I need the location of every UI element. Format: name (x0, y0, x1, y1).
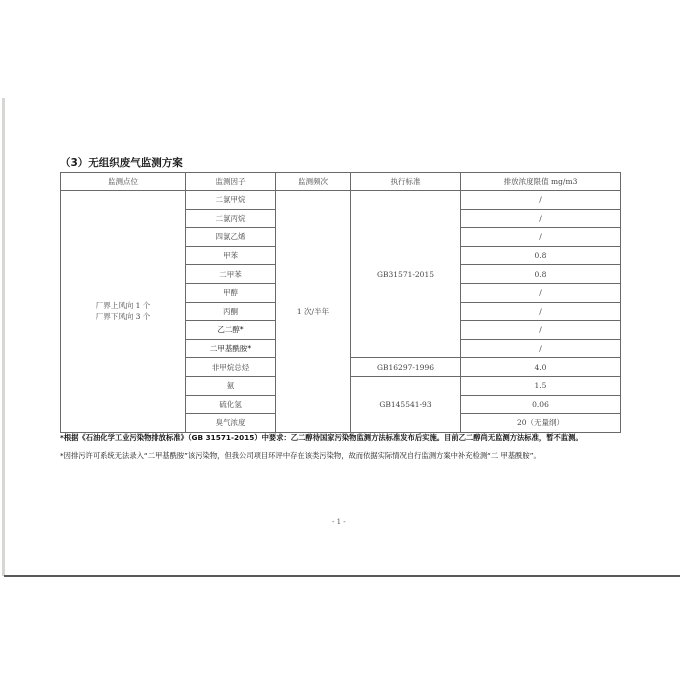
emission-limit: 4.0 (461, 358, 621, 377)
header-monitoring-factor: 监测因子 (186, 173, 276, 191)
monitoring-factor: 甲苯 (186, 246, 276, 265)
emission-limit: 0.8 (461, 246, 621, 265)
table-row: 厂界上风向 1 个厂界下风向 3 个二氯甲烷1 次/半年GB31571-2015… (61, 191, 621, 210)
emission-limit: 0.8 (461, 265, 621, 284)
monitoring-factor: 二氯丙烷 (186, 209, 276, 228)
monitoring-factor: 乙二醇* (186, 321, 276, 340)
monitoring-factor: 二氯甲烷 (186, 191, 276, 210)
header-emission-limit: 排放浓度限值 mg/m3 (461, 173, 621, 191)
monitoring-factor: 丙酮 (186, 302, 276, 321)
monitoring-point: 厂界上风向 1 个 (61, 300, 185, 311)
monitoring-points-cell: 厂界上风向 1 个厂界下风向 3 个 (61, 191, 186, 433)
emission-limit: / (461, 228, 621, 247)
emission-limit: 0.06 (461, 395, 621, 414)
footnote-dimethylamide: *因排污许可系统无法录入“二甲基酰胺”该污染物，但我公司项目环评中存在该类污染物… (60, 451, 541, 461)
monitoring-factor: 氨 (186, 376, 276, 395)
monitoring-factor: 二甲苯 (186, 265, 276, 284)
monitoring-factor: 甲醇 (186, 283, 276, 302)
monitoring-plan-table: 监测点位 监测因子 监测频次 执行标准 排放浓度限值 mg/m3 厂界上风向 1… (60, 172, 621, 433)
execution-standard: GB16297-1996 (351, 358, 461, 377)
emission-limit: 1.5 (461, 376, 621, 395)
monitoring-factor: 硫化氢 (186, 395, 276, 414)
table-header-row: 监测点位 监测因子 监测频次 执行标准 排放浓度限值 mg/m3 (61, 173, 621, 191)
emission-limit: / (461, 191, 621, 210)
monitoring-frequency: 1 次/半年 (276, 191, 351, 433)
emission-limit: / (461, 302, 621, 321)
execution-standard: GB145541-93 (351, 376, 461, 432)
emission-limit: / (461, 209, 621, 228)
monitoring-factor: 非甲烷总烃 (186, 358, 276, 377)
monitoring-factor: 臭气浓度 (186, 414, 276, 433)
header-standard: 执行标准 (351, 173, 461, 191)
page-number: - 1 - (332, 518, 346, 526)
emission-limit: / (461, 283, 621, 302)
monitoring-point: 厂界下风向 3 个 (61, 311, 185, 322)
page-edge-bottom (4, 575, 680, 577)
monitoring-factor: 二甲基酰胺* (186, 339, 276, 358)
page-edge-left (2, 98, 5, 576)
emission-limit: 20（无量纲） (461, 414, 621, 433)
section-title: （3）无组织废气监测方案 (60, 155, 183, 170)
footnote-ethylene-glycol: *根据《石油化学工业污染物排放标准》（GB 31571-2015）中要求：乙二醇… (60, 433, 583, 443)
header-monitoring-frequency: 监测频次 (276, 173, 351, 191)
monitoring-factor: 四氯乙烯 (186, 228, 276, 247)
emission-limit: / (461, 321, 621, 340)
emission-limit: / (461, 339, 621, 358)
header-monitoring-point: 监测点位 (61, 173, 186, 191)
execution-standard: GB31571-2015 (351, 191, 461, 358)
